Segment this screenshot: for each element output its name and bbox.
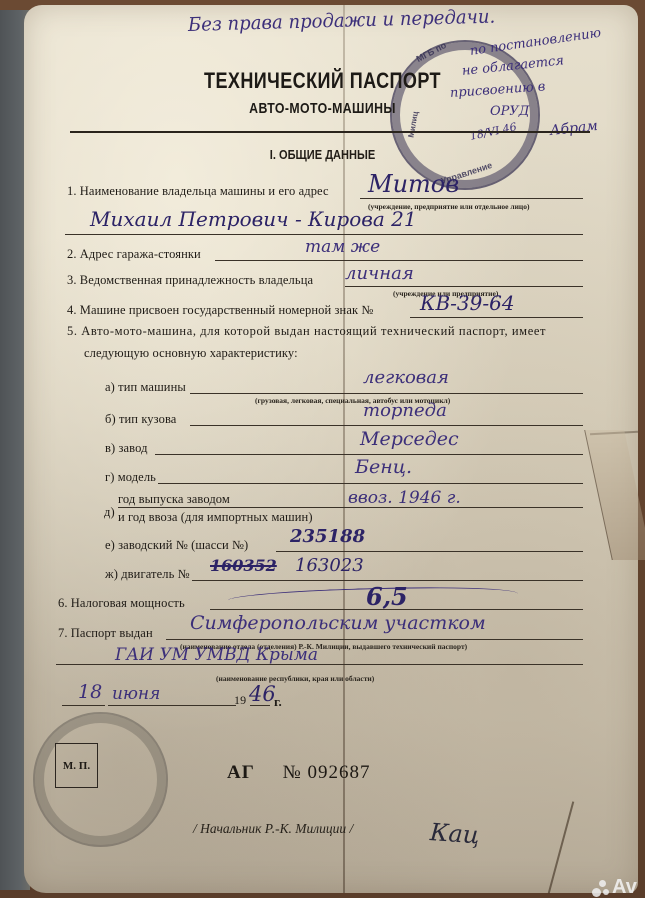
field-5-label: 5. Авто-мото-машина, для которой выдан н… <box>67 324 546 339</box>
seal-place-label: М. П. <box>63 760 90 772</box>
field-5d-label-cont: и год ввоза (для импортных машин) <box>118 510 313 525</box>
seal-place-box: М. П. <box>55 743 98 788</box>
serial-number-label: № <box>283 762 302 783</box>
serial-series: АГ <box>227 762 255 783</box>
field-1-value-name-address: Михаил Петрович - Кирова 21 <box>90 207 417 231</box>
field-3-value: личная <box>345 263 414 284</box>
issue-date-month: июня <box>112 684 160 704</box>
field-1-value-surname: Митов <box>368 170 459 198</box>
date-day-line <box>62 705 105 706</box>
field-5v-line <box>155 454 583 455</box>
field-4-line <box>410 317 583 318</box>
issue-date-suffix: г. <box>274 694 282 710</box>
field-5g-value: Бенц. <box>355 456 412 478</box>
field-5a-label: а) тип машины <box>105 380 186 395</box>
field-5b-line <box>190 425 583 426</box>
field-1-line <box>360 198 583 199</box>
field-2-line <box>215 260 583 261</box>
field-5g-label: г) модель <box>105 470 156 485</box>
field-5a-value: легковая <box>363 367 449 388</box>
issue-date-day: 18 <box>78 681 102 703</box>
field-1-line-2 <box>65 234 583 235</box>
field-5a-line <box>190 393 583 394</box>
field-5zh-value-struck: 160352 <box>210 556 277 575</box>
field-7-caption-2: (наименование республики, края или облас… <box>216 674 374 683</box>
chief-signature: Кац <box>429 818 480 849</box>
field-3-line <box>345 286 583 287</box>
field-5b-value: торпеда <box>363 400 447 421</box>
field-5e-line <box>276 551 583 552</box>
field-5v-value: Мерседес <box>360 428 459 450</box>
field-7-line <box>166 639 583 640</box>
site-watermark: Av <box>590 876 637 898</box>
field-5v-label: в) завод <box>105 441 148 456</box>
field-5zh-engine-number: 163023 <box>295 555 364 576</box>
field-5e-chassis-number: 235188 <box>290 526 365 547</box>
issue-date-year-prefix: 19 <box>234 693 246 708</box>
chief-signature-label: / Начальник Р.-К. Милиции / <box>193 821 353 837</box>
section-title: I. ОБЩИЕ ДАННЫЕ <box>48 147 596 162</box>
field-5-label-cont: следующую основную характеристику: <box>84 346 298 361</box>
field-5d-value: ввоз. 1946 г. <box>348 488 461 508</box>
field-6-tax-power-value: 6,5 <box>366 582 408 611</box>
title-divider <box>70 131 590 133</box>
field-5b-label: б) тип кузова <box>105 412 176 427</box>
field-2-label: 2. Адрес гаража-стоянки <box>67 247 201 262</box>
field-4-label: 4. Машине присвоен государственный номер… <box>67 303 373 318</box>
field-2-value: там же <box>305 237 380 257</box>
field-5e-label: е) заводский № (шасси №) <box>105 538 248 553</box>
official-seal-stamp <box>33 712 168 847</box>
field-5g-line <box>158 483 583 484</box>
watermark-text: Av <box>612 876 637 898</box>
field-7-value-region: ГАИ УМ УМВД Крыма <box>115 645 318 665</box>
field-3-label: 3. Ведомственная принадлежность владельц… <box>67 273 313 288</box>
date-month-line <box>108 705 236 706</box>
issue-date-year: 46 <box>249 682 276 706</box>
document-subtitle: АВТО-МОТО-МАШИНЫ <box>58 100 587 117</box>
vertical-fold-crease <box>343 5 345 893</box>
passport-serial: АГ № 092687 <box>227 762 370 784</box>
field-5zh-line <box>192 580 583 581</box>
field-7-label: 7. Паспорт выдан <box>58 626 153 641</box>
serial-number: 092687 <box>307 762 370 783</box>
field-4-plate-number: КВ-39-64 <box>420 291 515 315</box>
document-title: ТЕХНИЧЕСКИЙ ПАСПОРТ <box>58 68 587 94</box>
field-7-value-issuer: Симферопольским участком <box>190 612 486 634</box>
field-1-label: 1. Наименование владельца машины и его а… <box>67 184 329 199</box>
field-5d-prefix: д) <box>104 505 115 520</box>
field-5d-label: год выпуска заводом <box>118 492 230 507</box>
watermark-logo-icon <box>590 878 612 898</box>
field-6-label: 6. Налоговая мощность <box>58 596 185 611</box>
field-5zh-label: ж) двигатель № <box>105 567 190 582</box>
